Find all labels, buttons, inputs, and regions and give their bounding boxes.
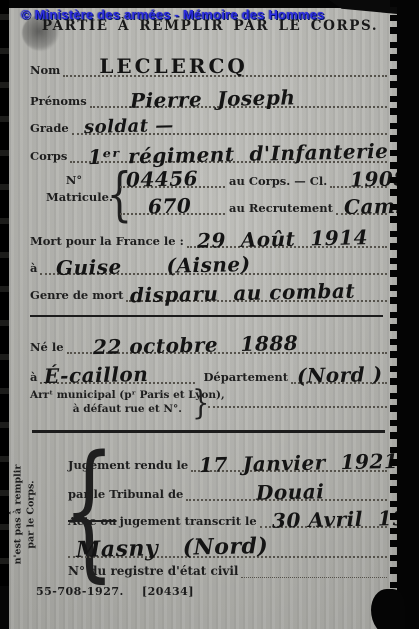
imprint-bracket: [20434] [142,585,194,598]
matricule-recrutement-number: 670 [148,196,192,217]
nom-line: LECLERCQ [63,72,387,77]
mort-le-value: 29 Août 1914 [197,227,368,251]
matricule-corps-line: 04456 [120,183,225,188]
print-reference: 55-708-1927.[20434] [36,585,212,598]
grade-value: soldat — [84,117,174,137]
ne-a-label: à [30,370,40,384]
film-edge-right [397,0,419,629]
field-nom: Nom LECLERCQ [30,55,387,77]
jugement-rendu-label: Jugement rendu le [68,458,191,472]
transcrit-struck-label: Acte ou [68,514,120,528]
tribunal-line: Douai [186,496,387,501]
field-mort-le: Mort pour la France le : 29 Août 1914 [30,224,387,248]
field-genre-mort: Genre de mort disparu au combat [30,278,387,302]
ne-a-value: É-caillon [44,364,149,386]
prenoms-value: Pierre Joseph [130,87,296,110]
transcrit-line: 30 Avril 1921 [260,523,387,528]
field-grade: Grade soldat — [30,113,387,135]
mort-le-label: Mort pour la France le : [30,234,187,248]
mort-a-label: à [30,261,40,275]
field-transcrit-lieu: Masny (Nord) [68,532,387,558]
jugement-rendu-line: 17 Janvier 1921 [191,467,387,472]
arr-brace: } [192,383,209,423]
registre-label: N° du registre d'état civil [68,564,241,578]
ne-a-line: É-caillon [40,379,195,384]
mort-le-line: 29 Août 1914 [187,243,387,248]
genre-mort-label: Genre de mort [30,288,126,302]
matricule-label: N° Matricule. [46,172,102,207]
corps-value: 1ᵉʳ régiment d'Infanterie [88,141,389,167]
transcrit-label: jugement transcrit le [120,514,260,528]
film-edge-left [0,0,9,586]
jugement-rendu-value: 17 Janvier 1921 [199,451,399,475]
tribunal-label: par le Tribunal de [68,487,186,501]
field-corps: Corps 1ᵉʳ régiment d'Infanterie [30,141,387,163]
imprint-number: 55-708-1927. [36,585,124,598]
departement-line: (Nord ) [291,379,387,384]
grade-line: soldat — [72,130,387,135]
field-tribunal: par le Tribunal de Douai [68,477,387,501]
grade-label: Grade [30,121,72,135]
field-matricule-recrutement: 670 au Recrutement Cambrai [120,193,387,215]
matricule-corps-suffix: au Corps. — Cl. [225,174,330,188]
copyright-watermark: © Ministère des armées - Mémoire des Hom… [21,7,325,22]
field-transcrit: Acte ou jugement transcrit le 30 Avril 1… [68,504,387,528]
classe-line: 1908 [330,183,387,188]
matricule-corps-number: 04456 [126,168,198,190]
mort-a-value: Guise (Aisne) [56,254,251,278]
corps-label: Corps [30,149,70,163]
matricule-recrutement-line: 670 [120,210,225,215]
registre-line [241,574,387,578]
ne-le-label: Né le [30,340,67,354]
field-jugement-rendu: Jugement rendu le 17 Janvier 1921 [68,448,387,472]
mort-a-line: Guise (Aisne) [40,270,387,275]
scanned-record-viewer: PARTIE À REMPLIR PAR LE CORPS. © Ministè… [0,0,419,629]
recrutement-line: Cambrai [336,210,387,215]
film-corner-bottom-right [371,589,405,629]
prenoms-label: Prénoms [30,94,90,108]
genre-mort-line: disparu au combat [126,297,387,302]
arr-leader-line [208,403,387,408]
departement-label: Département [195,370,291,384]
prenoms-line: Pierre Joseph [90,103,387,108]
field-matricule-corps: 04456 au Corps. — Cl. 1908 [120,166,387,188]
genre-mort-value: disparu au combat [130,281,355,306]
field-mort-a: à Guise (Aisne) [30,251,387,275]
recrutement-label: au Recrutement [225,201,336,215]
departement-value: (Nord ) [297,364,383,386]
field-registre: N° du registre d'état civil [68,558,387,578]
tribunal-value: Douai [256,481,325,502]
nom-value: LECLERCQ [99,56,248,76]
section-divider-1 [30,315,383,317]
field-arr-line [208,386,387,408]
ne-le-line: 22 octobre 1888 [67,349,387,354]
nom-label: Nom [30,63,63,77]
field-ne-a: à É-caillon Département (Nord ) [30,360,387,384]
field-ne-le: Né le 22 octobre 1888 [30,330,387,354]
ne-le-value: 22 octobre 1888 [92,333,298,357]
field-prenoms: Prénoms Pierre Joseph [30,86,387,108]
